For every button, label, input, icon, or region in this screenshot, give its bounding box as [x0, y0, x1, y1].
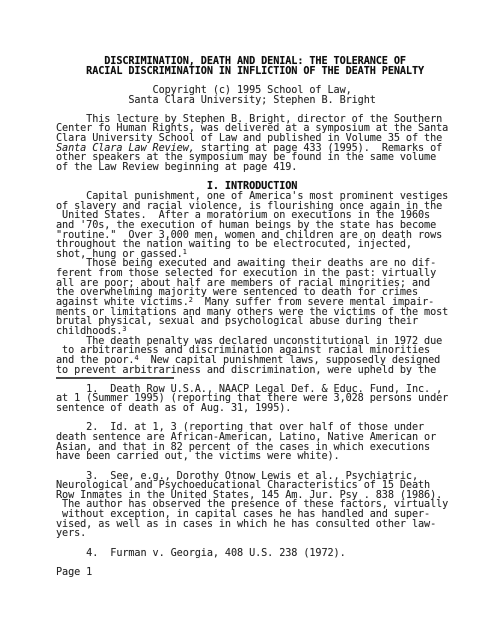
body-line: to prevent arbitrariness and discriminat… — [56, 366, 466, 376]
blank-line — [56, 558, 466, 568]
page-number: Page 1 — [56, 568, 466, 578]
footnote-line: have been carried out, the victims were … — [56, 452, 466, 462]
footnote-line: 4. Furman v. Georgia, 408 U.S. 238 (1972… — [56, 549, 466, 559]
document-title-line: RACIAL DISCRIMINATION IN INFLICTION OF T… — [56, 67, 466, 77]
copyright-line: Santa Clara University; Stephen B. Brigh… — [56, 96, 466, 106]
footnote-line: sentence of death as of Aug. 31, 1995). — [56, 404, 466, 414]
document-lines: DISCRIMINATION, DEATH AND DENIAL: THE TO… — [56, 57, 466, 578]
preface-line: of the Law Review beginning at page 419. — [56, 163, 466, 173]
footnote-line: yers. — [56, 529, 466, 539]
document-page: DISCRIMINATION, DEATH AND DENIAL: THE TO… — [0, 0, 494, 639]
footnote-line: vised, as well as in cases in which he h… — [56, 520, 466, 530]
footnote-separator-rule — [56, 377, 174, 379]
